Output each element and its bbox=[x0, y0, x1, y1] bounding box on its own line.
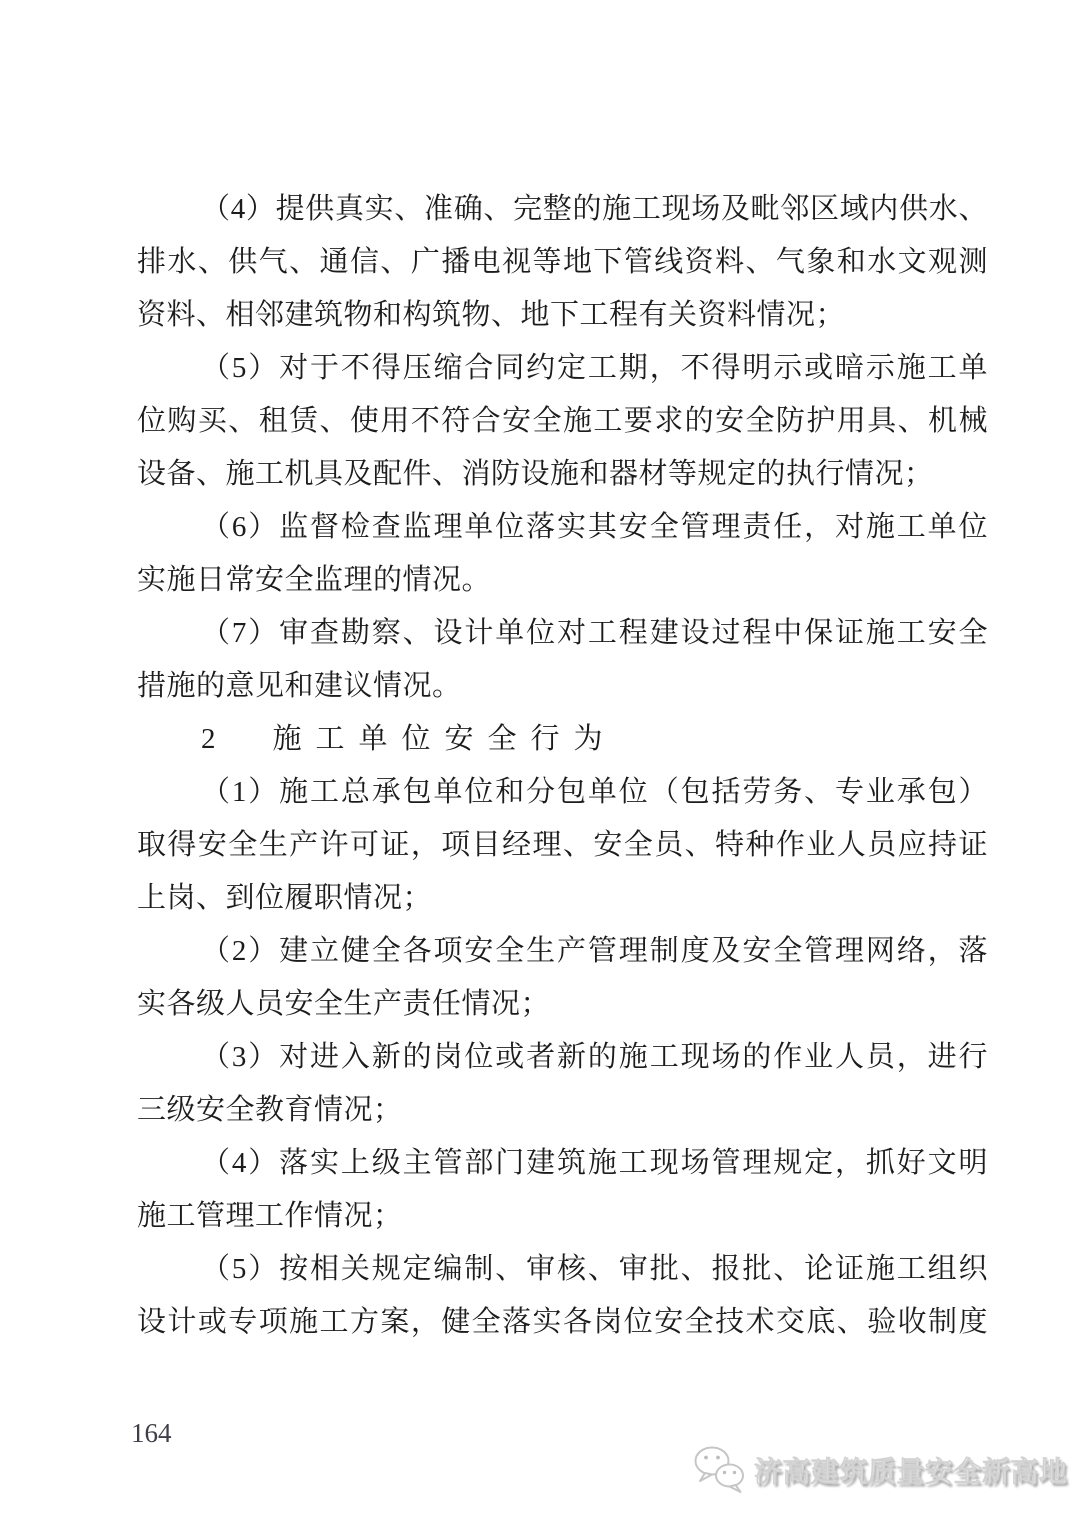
text-line: （4）落实上级主管部门建筑施工现场管理规定，抓好文明 bbox=[137, 1137, 988, 1190]
text-line: （1）施工总承包单位和分包单位（包括劳务、专业承包） bbox=[137, 766, 988, 819]
document-body: （4）提供真实、准确、完整的施工现场及毗邻区域内供水、排水、供气、通信、广播电视… bbox=[137, 183, 988, 1349]
watermark: 济高建筑质量安全新高地 bbox=[692, 1445, 1068, 1495]
text-line: 位购买、租赁、使用不符合安全施工要求的安全防护用具、机械 bbox=[137, 395, 988, 448]
text-line: （4）提供真实、准确、完整的施工现场及毗邻区域内供水、 bbox=[137, 183, 988, 236]
text-line: 取得安全生产许可证，项目经理、安全员、特种作业人员应持证 bbox=[137, 819, 988, 872]
text-line: （2）建立健全各项安全生产管理制度及安全管理网络，落 bbox=[137, 925, 988, 978]
watermark-text: 济高建筑质量安全新高地 bbox=[754, 1450, 1068, 1490]
text-line: （6）监督检查监理单位落实其安全管理责任，对施工单位 bbox=[137, 501, 988, 554]
text-line: 三级安全教育情况； bbox=[137, 1084, 988, 1137]
text-line: 排水、供气、通信、广播电视等地下管线资料、气象和水文观测 bbox=[137, 236, 988, 289]
text-line: 资料、相邻建筑物和构筑物、地下工程有关资料情况； bbox=[137, 289, 988, 342]
text-line: 设计或专项施工方案，健全落实各岗位安全技术交底、验收制度 bbox=[137, 1296, 988, 1349]
text-line: 实各级人员安全生产责任情况； bbox=[137, 978, 988, 1031]
text-line: （3）对进入新的岗位或者新的施工现场的作业人员，进行 bbox=[137, 1031, 988, 1084]
text-line: （5）对于不得压缩合同约定工期，不得明示或暗示施工单 bbox=[137, 342, 988, 395]
text-line: 上岗、到位履职情况； bbox=[137, 872, 988, 925]
text-line: 实施日常安全监理的情况。 bbox=[137, 554, 988, 607]
text-line: （7）审查勘察、设计单位对工程建设过程中保证施工安全 bbox=[137, 607, 988, 660]
section-heading: 2 施工单位安全行为 bbox=[137, 713, 988, 766]
text-line: 设备、施工机具及配件、消防设施和器材等规定的执行情况； bbox=[137, 448, 988, 501]
document-page: （4）提供真实、准确、完整的施工现场及毗邻区域内供水、排水、供气、通信、广播电视… bbox=[0, 0, 1080, 1527]
text-line: 措施的意见和建议情况。 bbox=[137, 660, 988, 713]
page-number: 164 bbox=[131, 1418, 172, 1448]
wechat-icon bbox=[692, 1445, 748, 1495]
text-line: （5）按相关规定编制、审核、审批、报批、论证施工组织 bbox=[137, 1243, 988, 1296]
text-line: 施工管理工作情况； bbox=[137, 1190, 988, 1243]
